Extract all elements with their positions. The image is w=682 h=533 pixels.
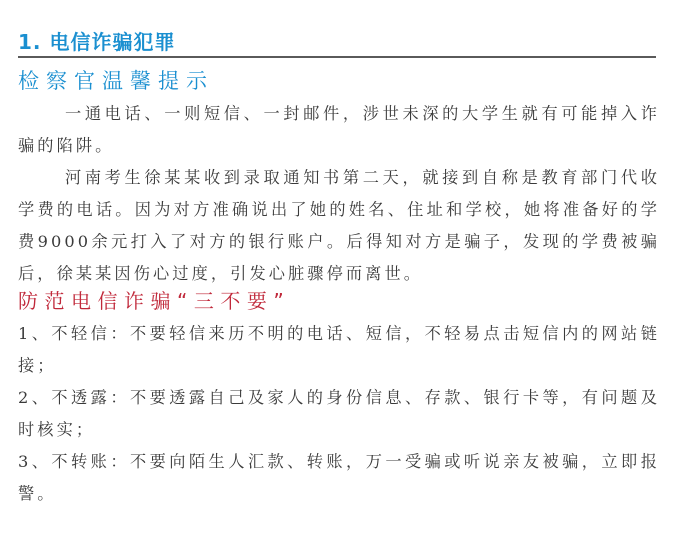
- tips-paragraph: 河南考生徐某某收到录取通知书第二天，就接到自称是教育部门代收学费的电话。因为对方…: [18, 162, 660, 290]
- prevention-rule: 1、不轻信：不要轻信来历不明的电话、短信，不轻易点击短信内的网站链接；: [18, 318, 660, 382]
- title-divider: [18, 56, 656, 58]
- prevention-heading: 防范电信诈骗“三不要”: [18, 286, 290, 316]
- section-title: 1. 电信诈骗犯罪: [18, 29, 175, 55]
- tips-paragraph: 一通电话、一则短信、一封邮件，涉世未深的大学生就有可能掉入诈骗的陷阱。: [18, 98, 660, 162]
- prevention-rule: 3、不转账：不要向陌生人汇款、转账，万一受骗或听说亲友被骗，立即报警。: [18, 446, 660, 510]
- prevention-rules: 1、不轻信：不要轻信来历不明的电话、短信，不轻易点击短信内的网站链接； 2、不透…: [18, 318, 660, 510]
- tips-heading: 检察官温馨提示: [18, 66, 214, 96]
- tips-body: 一通电话、一则短信、一封邮件，涉世未深的大学生就有可能掉入诈骗的陷阱。 河南考生…: [18, 98, 660, 290]
- prevention-rule: 2、不透露：不要透露自己及家人的身份信息、存款、银行卡等，有问题及时核实；: [18, 382, 660, 446]
